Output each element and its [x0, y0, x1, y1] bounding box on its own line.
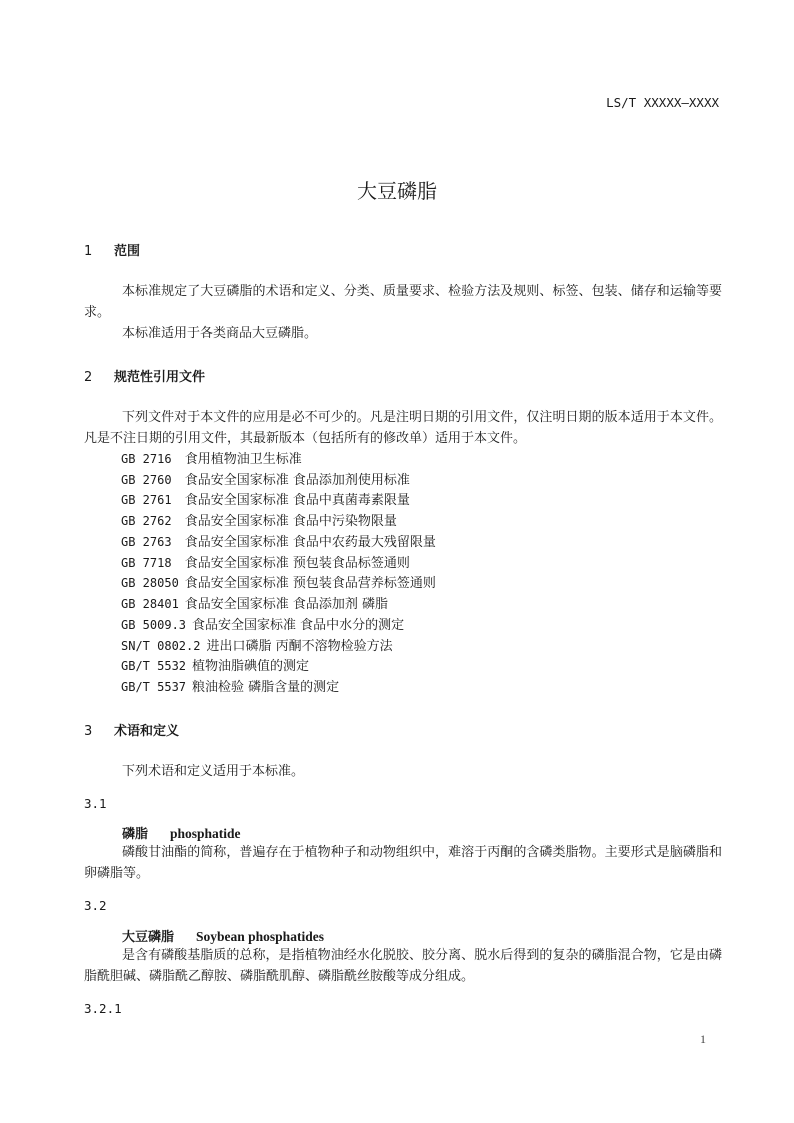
reference-item: GB 2716 食用植物油卫生标准 [121, 449, 302, 470]
section-3-heading: 3术语和定义 [84, 720, 179, 739]
term-en: phosphatide [170, 826, 241, 841]
section-1-heading: 1范围 [84, 240, 140, 259]
terms-intro: 下列术语和定义适用于本标准。 [84, 761, 722, 782]
standard-code: LS/T XXXXX—XXXX [606, 95, 719, 110]
reference-item: GB 28050食品安全国家标准 预包装食品营养标签通则 [121, 573, 436, 594]
term-definition: 磷酸甘油酯的简称，普遍存在于植物种子和动物组织中，难溶于丙酮的含磷类脂物。主要形… [84, 842, 722, 884]
reference-item: GB 5009.3食品安全国家标准 食品中水分的测定 [121, 615, 404, 636]
clause-number: 3.2.1 [84, 1001, 122, 1016]
page-number: 1 [700, 1032, 706, 1047]
reference-item: GB/T 5532植物油脂碘值的测定 [121, 656, 309, 677]
reference-item: GB 2763 食品安全国家标准 食品中农药最大残留限量 [121, 532, 436, 553]
section-2-heading: 2规范性引用文件 [84, 366, 205, 385]
references-intro: 下列文件对于本文件的应用是必不可少的。凡是注明日期的引用文件，仅注明日期的版本适… [84, 407, 722, 449]
clause-number: 3.2 [84, 898, 107, 913]
reference-item: GB 2762 食品安全国家标准 食品中污染物限量 [121, 511, 397, 532]
reference-item: SN/T 0802.2进出口磷脂 丙酮不溶物检验方法 [121, 636, 393, 657]
reference-item: GB 7718 食品安全国家标准 预包装食品标签通则 [121, 553, 410, 574]
document-title: 大豆磷脂 [0, 175, 794, 204]
section-title: 范围 [114, 244, 140, 259]
term-heading: 磷脂phosphatide [122, 823, 241, 842]
clause-number: 3.1 [84, 796, 107, 811]
section-title: 术语和定义 [114, 724, 179, 739]
term-heading: 大豆磷脂Soybean phosphatides [122, 926, 324, 945]
scope-paragraph-2: 本标准适用于各类商品大豆磷脂。 [84, 323, 722, 344]
scope-paragraph-1: 本标准规定了大豆磷脂的术语和定义、分类、质量要求、检验方法及规则、标签、包装、储… [84, 281, 722, 323]
term-definition: 是含有磷酸基脂质的总称，是指植物油经水化脱胶、胶分离、脱水后得到的复杂的磷脂混合… [84, 945, 722, 987]
term-zh: 大豆磷脂 [122, 930, 174, 945]
section-number: 2 [84, 370, 114, 385]
reference-item: GB 28401食品安全国家标准 食品添加剂 磷脂 [121, 594, 388, 615]
section-number: 1 [84, 244, 114, 259]
section-title: 规范性引用文件 [114, 370, 205, 385]
term-en: Soybean phosphatides [196, 929, 324, 944]
term-zh: 磷脂 [122, 827, 148, 842]
reference-item: GB 2760 食品安全国家标准 食品添加剂使用标准 [121, 470, 410, 491]
section-number: 3 [84, 724, 114, 739]
reference-item: GB 2761 食品安全国家标准 食品中真菌毒素限量 [121, 490, 410, 511]
reference-item: GB/T 5537粮油检验 磷脂含量的测定 [121, 677, 339, 698]
